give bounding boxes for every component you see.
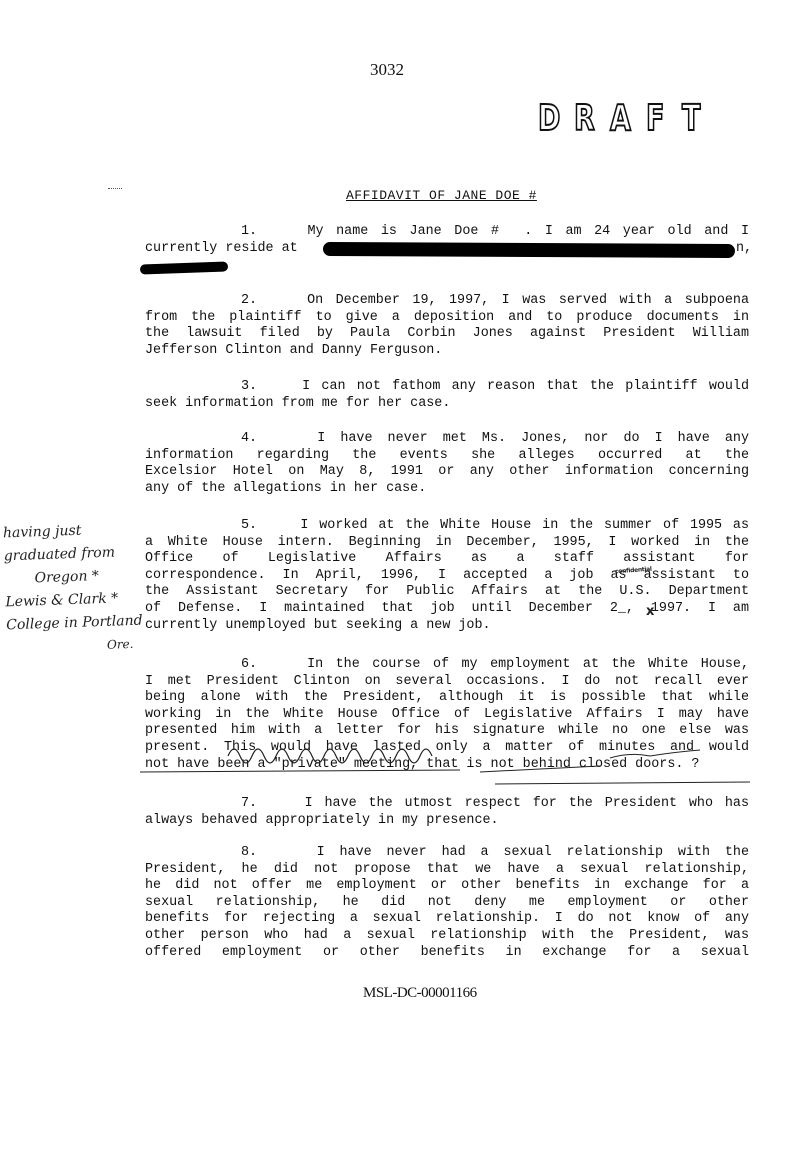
paragraph-line: seek information from me for her case.: [145, 396, 749, 413]
paragraph-line: sexual relationship, he did not deny me …: [145, 895, 749, 912]
handwritten-strikethrough: [140, 738, 780, 788]
handwritten-margin-note: having just graduated from Oregon * Lewi…: [3, 518, 143, 661]
stamp-letter: D: [538, 98, 556, 139]
redaction-bar: [140, 261, 228, 274]
paragraph-line: information regarding the events she all…: [145, 448, 749, 465]
paragraph-7: 7. I have the utmost respect for the Pre…: [145, 796, 749, 829]
paragraph-line: being alone with the President, although…: [145, 690, 749, 707]
paragraph-3: 3. I can not fathom any reason that the …: [145, 379, 749, 412]
paragraph-line: benefits for rejecting a sexual relation…: [145, 911, 749, 928]
stamp-letter: T: [682, 98, 700, 139]
paragraph-line: he did not offer me employment or other …: [145, 878, 749, 895]
paragraph-line: 6. In the course of my employment at the…: [145, 657, 749, 674]
page-number: 3032: [370, 60, 404, 80]
paragraph-line: 5. I worked at the White House in the su…: [145, 518, 749, 535]
draft-stamp: D R A F T: [535, 98, 703, 139]
paragraph-line: 8. I have never had a sexual relationshi…: [145, 845, 749, 862]
paragraph-line: a White House intern. Beginning in Decem…: [145, 535, 749, 552]
handwritten-date-correction: x: [646, 604, 654, 619]
paragraph-line: Jefferson Clinton and Danny Ferguson.: [145, 343, 749, 360]
paragraph-line: Office of Legislative Affairs as a staff…: [145, 551, 749, 568]
paragraph-line: of Defense. I maintained that job until …: [145, 601, 749, 618]
paragraph-line: the lawsuit filed by Paula Corbin Jones …: [145, 326, 749, 343]
paragraph-line: offered employment or other benefits in …: [145, 945, 749, 962]
paragraph-line: correspondence. In April, 1996, I accept…: [145, 568, 749, 585]
paragraph-line: 7. I have the utmost respect for the Pre…: [145, 796, 749, 813]
paragraph-5: 5. I worked at the White House in the su…: [145, 518, 749, 634]
note-line: Ore.: [7, 633, 143, 661]
stamp-letter: R: [574, 98, 592, 139]
paragraph-line: 2. On December 19, 1997, I was served wi…: [145, 293, 749, 310]
paragraph-8: 8. I have never had a sexual relationshi…: [145, 845, 749, 961]
document-title: AFFIDAVIT OF JANE DOE #: [346, 188, 537, 203]
paragraph-line: 3. I can not fathom any reason that the …: [145, 379, 749, 396]
margin-mark: [108, 188, 122, 191]
redaction-bar: [323, 242, 735, 258]
redaction-tail-text: n,: [736, 241, 752, 256]
paragraph-line: Excelsior Hotel on May 8, 1991 or any ot…: [145, 464, 749, 481]
paragraph-line: working in the White House Office of Leg…: [145, 707, 749, 724]
paragraph-line: from the plaintiff to give a deposition …: [145, 310, 749, 327]
paragraph-2: 2. On December 19, 1997, I was served wi…: [145, 293, 749, 359]
paragraph-line: other person who had a sexual relationsh…: [145, 928, 749, 945]
paragraph-line: 4. I have never met Ms. Jones, nor do I …: [145, 431, 749, 448]
paragraph-4: 4. I have never met Ms. Jones, nor do I …: [145, 431, 749, 497]
paragraph-line: I met President Clinton on several occas…: [145, 674, 749, 691]
paragraph-line: President, he did not propose that we ha…: [145, 862, 749, 879]
document-page: 3032 D R A F T AFFIDAVIT OF JANE DOE # 1…: [0, 0, 800, 1159]
paragraph-line: always behaved appropriately in my prese…: [145, 813, 749, 830]
paragraph-line: the Assistant Secretary for Public Affai…: [145, 584, 749, 601]
paragraph-line: any of the allegations in her case.: [145, 481, 749, 498]
paragraph-line: 1. My name is Jane Doe # . I am 24 year …: [145, 224, 749, 241]
paragraph-line: currently unemployed but seeking a new j…: [145, 618, 749, 635]
stamp-letter: A: [610, 98, 628, 139]
stamp-letter: F: [646, 98, 664, 139]
bates-number: MSL-DC-00001166: [363, 985, 477, 1002]
